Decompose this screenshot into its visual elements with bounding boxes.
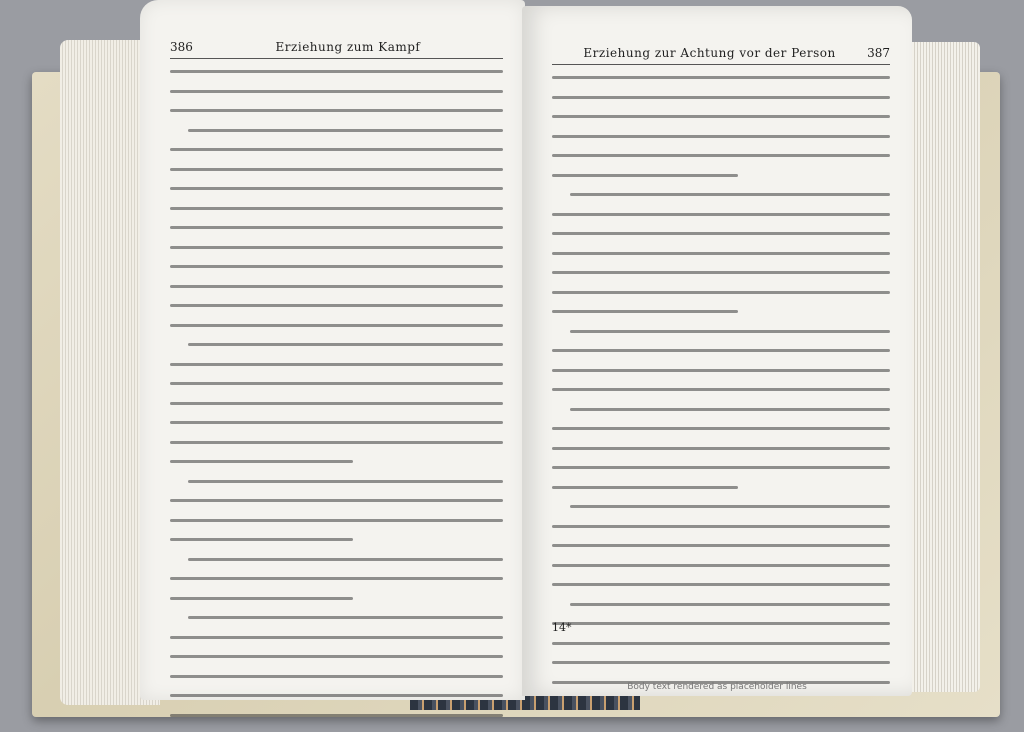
text-line — [552, 486, 738, 489]
right-chapter-title: Erziehung zur Achtung vor der Person — [552, 46, 867, 60]
placeholder-caption: Body text rendered as placeholder lines — [522, 682, 912, 692]
text-line — [552, 252, 890, 255]
text-line — [552, 583, 890, 586]
text-line — [552, 310, 738, 313]
text-line — [552, 76, 890, 79]
left-running-head: 386 Erziehung zum Kampf — [170, 40, 503, 59]
text-line — [170, 207, 503, 210]
text-line — [170, 285, 503, 288]
text-line — [552, 642, 890, 645]
text-line — [552, 388, 890, 391]
text-line — [188, 616, 503, 619]
text-line — [552, 291, 890, 294]
text-line — [170, 226, 503, 229]
right-running-head: Erziehung zur Achtung vor der Person 387 — [552, 46, 890, 65]
text-line — [570, 193, 890, 196]
left-chapter-title: Erziehung zum Kampf — [193, 40, 503, 54]
text-line — [170, 304, 503, 307]
text-line — [170, 460, 353, 463]
text-line — [552, 96, 890, 99]
text-line — [552, 622, 890, 625]
text-line — [170, 499, 503, 502]
text-line — [170, 694, 503, 697]
text-line — [552, 525, 890, 528]
text-line — [188, 343, 503, 346]
text-line — [170, 441, 503, 444]
text-line — [170, 577, 503, 580]
text-line — [170, 655, 503, 658]
text-line — [552, 369, 890, 372]
text-line — [552, 232, 890, 235]
text-line — [552, 447, 890, 450]
text-line — [188, 480, 503, 483]
text-line — [552, 564, 890, 567]
text-line — [570, 603, 890, 606]
text-line — [552, 115, 890, 118]
left-body-text — [170, 70, 503, 732]
text-line — [570, 505, 890, 508]
text-line — [170, 265, 503, 268]
text-line — [170, 70, 503, 73]
text-line — [170, 636, 503, 639]
right-page: Erziehung zur Achtung vor der Person 387… — [522, 6, 912, 696]
text-line — [552, 427, 890, 430]
text-line — [552, 349, 890, 352]
text-line — [170, 148, 503, 151]
text-line — [170, 421, 503, 424]
text-line — [188, 129, 503, 132]
text-line — [170, 714, 503, 717]
text-line — [570, 330, 890, 333]
text-line — [170, 187, 503, 190]
text-line — [552, 544, 890, 547]
text-line — [170, 246, 503, 249]
signature-mark: 14* — [552, 621, 572, 634]
text-line — [170, 402, 503, 405]
text-line — [170, 109, 503, 112]
text-line — [170, 324, 503, 327]
text-line — [170, 168, 503, 171]
text-line — [552, 271, 890, 274]
text-line — [170, 597, 353, 600]
left-page: 386 Erziehung zum Kampf — [140, 0, 525, 700]
text-line — [188, 558, 503, 561]
text-line — [170, 363, 503, 366]
text-line — [552, 213, 890, 216]
text-line — [552, 174, 738, 177]
text-line — [170, 90, 503, 93]
text-line — [170, 519, 503, 522]
text-line — [552, 466, 890, 469]
text-line — [552, 661, 890, 664]
left-page-number: 386 — [170, 40, 193, 54]
text-line — [552, 154, 890, 157]
text-line — [170, 538, 353, 541]
right-page-number: 387 — [867, 46, 890, 60]
right-body-text — [552, 76, 890, 700]
text-line — [570, 408, 890, 411]
page-edges-right — [900, 42, 980, 692]
text-line — [552, 135, 890, 138]
text-line — [170, 675, 503, 678]
text-line — [170, 382, 503, 385]
